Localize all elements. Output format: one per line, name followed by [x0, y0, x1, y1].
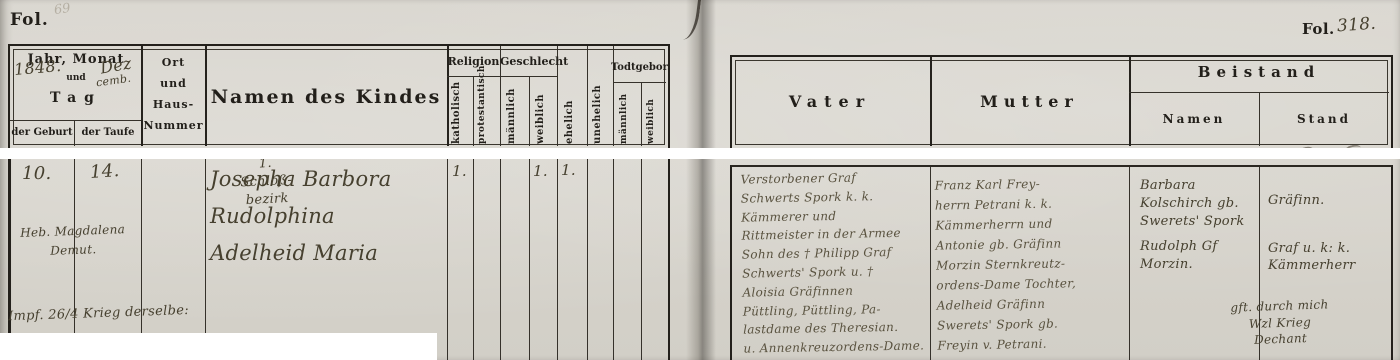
tick-ehelich: 1. [561, 161, 576, 179]
witness-status-entry: Gräfinn. [1268, 192, 1386, 209]
grid-line [587, 159, 588, 360]
grid-line [613, 159, 614, 360]
sub-header-der-taufe: der Taufe [76, 127, 140, 138]
father-entry: Verstorbener Graf Schwerts Spork k. k. K… [740, 167, 927, 358]
grid-line [587, 46, 588, 146]
baptism-day-entry: 14. [89, 160, 120, 183]
grid-line [1259, 92, 1260, 146]
column-label-todt-maennlich: männlich [620, 84, 629, 144]
page-binding-gutter [686, 0, 716, 360]
grid-line [557, 159, 558, 360]
grid-line [500, 159, 501, 360]
grid-line [641, 82, 642, 146]
grid-line [473, 159, 474, 360]
midwife-note: Heb. Magdalena Demut. [7, 220, 138, 263]
grid-line [930, 167, 931, 360]
scan-cut-corner [0, 333, 437, 360]
folio-number-right: 318. [1336, 14, 1376, 37]
column-label-ehelich: ehelich [565, 56, 575, 144]
column-label-unehelich: unehelich [593, 56, 603, 144]
place-column-title: Ort und Haus- Nummer [143, 52, 204, 136]
grid-line [447, 76, 500, 77]
birth-day-entry: 10. [22, 163, 52, 184]
folio-label-left: Fol. [10, 10, 49, 30]
mother-entry: Franz Karl Frey- herrn Petrani k. k. Käm… [934, 172, 1127, 355]
grid-line [529, 76, 530, 146]
vater-column-title: Vater [732, 92, 928, 111]
grid-line [447, 159, 448, 360]
witness-names-entry-2: Rudolph Gf Morzin. [1140, 238, 1258, 274]
column-label-protestantisch: protestantisch [478, 78, 487, 144]
grid-line [10, 120, 141, 121]
grid-line [205, 159, 206, 360]
column-label-weiblich: weiblich [536, 80, 546, 144]
mutter-column-title: Mutter [932, 92, 1127, 111]
todtgeboren-group-title: Todtgebor. [611, 62, 668, 73]
beistand-stand-title: Stand [1261, 112, 1387, 126]
grid-line [613, 82, 666, 83]
child-name-entry: Josepha Barbora Rudolphina Adelheid Mari… [210, 161, 445, 272]
beistand-group-title: Beistand [1131, 63, 1387, 81]
column-label-katholisch: katholisch [452, 80, 462, 144]
scan-split-band [0, 148, 1400, 159]
grid-line [1129, 92, 1389, 93]
grid-line [613, 46, 614, 146]
grid-line [74, 120, 75, 146]
witness-names-entry: Barbara Kolschirch gb. Swerets' Spork [1140, 177, 1258, 231]
tick-katholisch: 1. [452, 162, 467, 180]
tick-weiblich: 1. [533, 162, 548, 180]
grid-line [500, 76, 557, 77]
witness-status-entry-2: Graf u. k: k. Kämmerherr [1268, 240, 1386, 274]
pencil-folio-mark: 69 [53, 1, 71, 18]
date-column-title-line3: Tag [12, 90, 140, 106]
grid-line [1129, 167, 1130, 360]
religion-group-title: Religion [447, 55, 500, 68]
grid-line [473, 76, 474, 146]
geschlecht-group-title: Geschlecht [500, 55, 557, 68]
baptizer-signature-note: gft. durch mich Wzl Krieg Dechant [1204, 295, 1356, 350]
baptismal-register-scan: Fol. 69 Jahr, Monat und Tag 1848. Dez ce… [0, 0, 1400, 360]
grid-line [529, 159, 530, 360]
beistand-namen-title: Namen [1131, 112, 1257, 126]
grid-line [641, 159, 642, 360]
column-label-maennlich: männlich [507, 80, 517, 144]
child-name-column-title: Namen des Kindes [207, 86, 445, 108]
grid-line [141, 159, 142, 360]
sub-header-der-geburt: der Geburt [10, 127, 74, 138]
folio-label-right: Fol. [1302, 20, 1335, 38]
column-label-todt-weiblich: weiblich [647, 84, 656, 144]
